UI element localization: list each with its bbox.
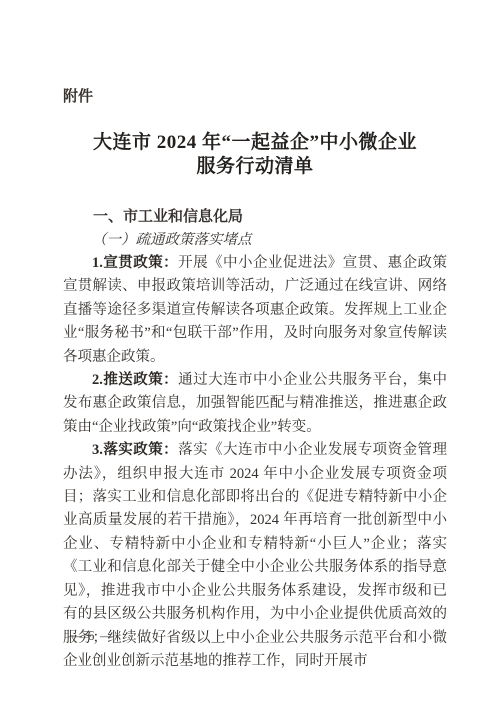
document-title-line-1: 大连市 2024 年“一起益企”中小微企业 — [63, 131, 447, 155]
paragraph-2: 2.推送政策：通过大连市中小企业公共服务平台，集中发布惠企政策信息，加强智能匹配… — [63, 369, 447, 439]
attachment-label: 附件 — [63, 88, 447, 105]
document-title: 大连市 2024 年“一起益企”中小微企业 服务行动清单 — [63, 131, 447, 178]
paragraph-3: 3.落实政策：落实《大连市中小企业发展专项资金管理办法》，组织申报大连市 202… — [63, 439, 447, 673]
page-number: — 6 — — [68, 629, 115, 645]
paragraph-1: 1.宣贯政策：开展《中小企业促进法》宣贯、惠企政策宣贯解读、申报政策培训等活动，… — [63, 252, 447, 369]
paragraph-3-lead: 3.落实政策： — [92, 442, 178, 458]
paragraph-1-body: 开展《中小企业促进法》宣贯、惠企政策宣贯解读、申报政策培训等活动，广泛通过在线宣… — [63, 255, 447, 365]
subsection-heading: （一）疏通政策落实堵点 — [63, 229, 447, 253]
paragraph-3-body: 落实《大连市中小企业发展专项资金管理办法》，组织申报大连市 2024 年中小企业… — [63, 442, 447, 669]
paragraph-1-lead: 1.宣贯政策： — [92, 255, 178, 271]
section-heading: 一、市工业和信息化局 — [63, 205, 447, 229]
document-content: 附件 大连市 2024 年“一起益企”中小微企业 服务行动清单 一、市工业和信息… — [63, 88, 447, 673]
document-title-line-2: 服务行动清单 — [63, 155, 447, 179]
document-page: 附件 大连市 2024 年“一起益企”中小微企业 服务行动清单 一、市工业和信息… — [0, 0, 500, 707]
paragraph-2-lead: 2.推送政策： — [92, 372, 178, 388]
